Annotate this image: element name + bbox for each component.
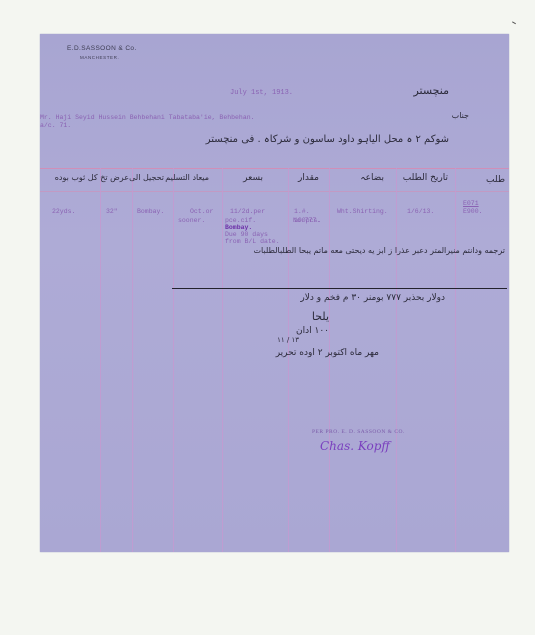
column-rule: [100, 168, 101, 552]
corner-mark: [510, 21, 516, 27]
signature: Chas. Kopff: [320, 439, 390, 453]
column-rule: [222, 168, 223, 552]
column-header-order: طلب: [486, 175, 505, 185]
shipping-port: Bombay.: [137, 208, 164, 215]
handwritten-note-line-2: دولار بحذبر ۷۷۷ بومنر ۳۰ م فخم و دلار: [300, 293, 445, 303]
delivery-date-2: sooner.: [178, 217, 205, 224]
column-rule: [455, 168, 456, 552]
column-rule: [396, 168, 397, 552]
column-rule: [288, 168, 289, 552]
column-header-goods: بضاعہ: [360, 173, 384, 183]
header-rule-bottom: [40, 191, 509, 192]
per-pro-line: PER PRO. E. D. SASSOON & CO.: [312, 429, 405, 435]
separator-rule: [172, 288, 507, 289]
quantity: 1.#.: [294, 208, 310, 215]
handwritten-note-line-5: ۱۳ / ۱۱: [277, 336, 299, 344]
payment-terms-2: from B/L date.: [225, 238, 280, 245]
handwritten-note-line-4: ١٠٠ ادان: [296, 326, 329, 336]
cloth-width: 32": [106, 208, 118, 215]
addressee-line-2: a/c. 71.: [40, 122, 71, 129]
order-date: 1/6/13.: [407, 208, 434, 215]
quantity-pieces: 100pcs.: [294, 217, 321, 224]
column-header-order-date: تاریخ الطلب: [403, 173, 448, 183]
column-header-quantity: مقدار: [298, 173, 319, 183]
column-rule: [132, 168, 133, 552]
column-header-delivery: میعاد التسلیم: [165, 173, 209, 182]
handwritten-note-line-1: ترجمه ودانتم منیرالمتر دعبر عذرا ز ابز ي…: [254, 246, 505, 255]
payment-terms-1: Due 90 days: [225, 231, 268, 238]
order-amount: E900.: [463, 208, 483, 215]
handwritten-place: منچستر: [413, 84, 449, 97]
goods-description: Wht.Shirting.: [337, 208, 388, 215]
handwritten-note-line-3: يلحا: [312, 310, 329, 323]
invoice-document: E.D.SASSOON & Co. MANCHESTER. July 1st, …: [40, 34, 509, 552]
company-name: E.D.SASSOON & Co.: [67, 45, 137, 52]
handwritten-salutation: جناب: [452, 111, 469, 120]
letter-date: July 1st, 1913.: [230, 89, 293, 97]
handwritten-note-line-6: مهر ماه اکتوبر ۲ اوده تحرير: [276, 348, 379, 358]
handwritten-address-line: شوکم ۲ ہ محل الیاہو داود ساسون و شرکاہ .…: [206, 134, 449, 145]
column-header-width-length: عرض تخ کل ثوب بوده: [55, 173, 129, 182]
column-rule: [329, 168, 330, 552]
price-terms: pce.cif.: [225, 217, 256, 224]
letterhead: E.D.SASSOON & Co. MANCHESTER.: [67, 45, 137, 60]
company-city: MANCHESTER.: [80, 55, 137, 60]
order-number: E071: [463, 200, 479, 207]
header-rule-top: [40, 168, 509, 169]
delivery-date: Oct.or: [190, 208, 213, 215]
column-header-shipping: تحجیل الی: [129, 173, 164, 182]
cloth-length: 22yds.: [52, 208, 75, 215]
column-rule: [173, 168, 174, 552]
column-header-price: بسعر: [243, 173, 263, 183]
addressee-line-1: Mr. Haji Seyid Hussein Behbehani Tabatab…: [40, 114, 255, 121]
price: 11/2d.per: [230, 208, 265, 215]
destination-stamp: Bombay.: [225, 224, 252, 231]
